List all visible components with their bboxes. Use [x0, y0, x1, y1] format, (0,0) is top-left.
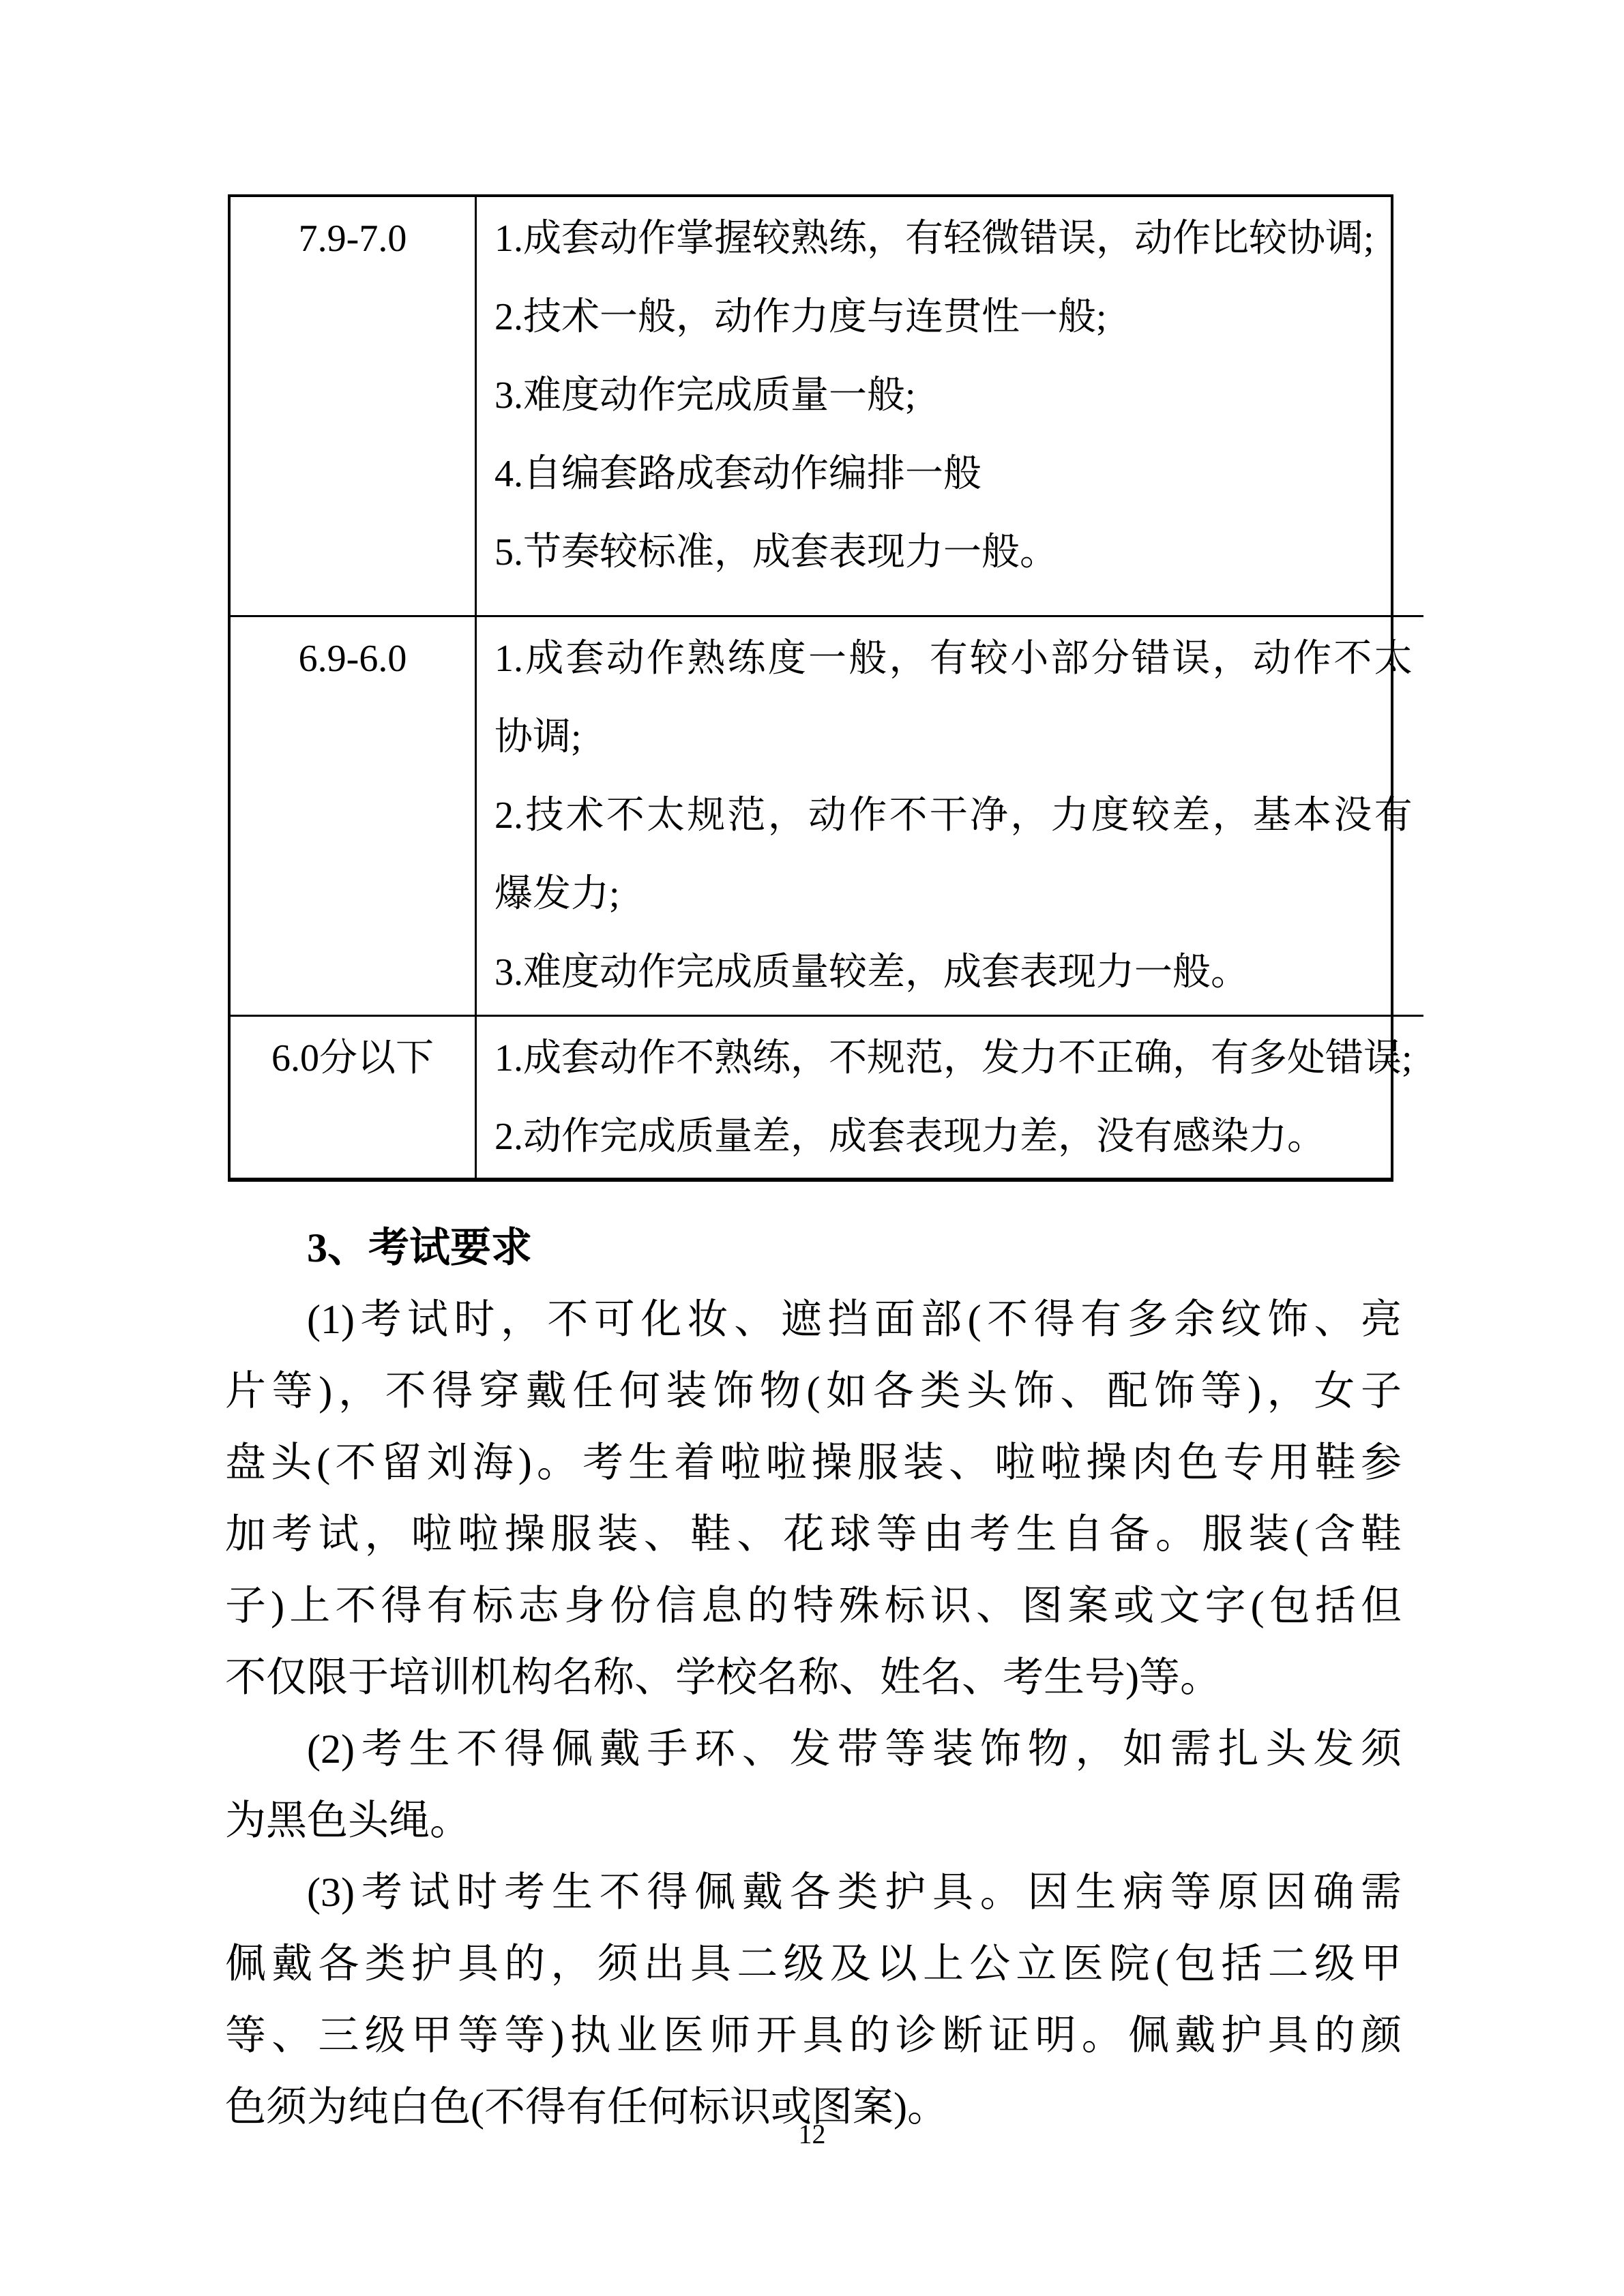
- body-line: 盘头(不留刘海)。考生着啦啦操服装、啦啦操肉色专用鞋参: [225, 1427, 1402, 1499]
- body-line: 不仅限于培训机构名称、学校名称、姓名、考生号)等。: [225, 1642, 1402, 1714]
- document-page: 7.9-7.0 1.成套动作掌握较熟练，有轻微错误，动作比较协调; 2.技术一般…: [0, 0, 1624, 2296]
- body-line: (3)考试时考生不得佩戴各类护具。因生病等原因确需: [225, 1857, 1402, 1928]
- criteria-cell: 1.成套动作熟练度一般，有较小部分错误，动作不太 协调; 2.技术不太规范，动作…: [477, 615, 1423, 1015]
- criteria-cell: 1.成套动作不熟练，不规范，发力不正确，有多处错误; 2.动作完成质量差，成套表…: [477, 1015, 1423, 1178]
- score-range: 6.0分以下: [231, 1019, 475, 1098]
- criteria-line: 1.成套动作不熟练，不规范，发力不正确，有多处错误;: [494, 1019, 1413, 1098]
- score-table: 7.9-7.0 1.成套动作掌握较熟练，有轻微错误，动作比较协调; 2.技术一般…: [228, 194, 1393, 1182]
- criteria-line: 2.技术不太规范，动作不干净，力度较差，基本没有: [494, 777, 1413, 855]
- criteria-line: 3.难度动作完成质量一般;: [494, 357, 1413, 435]
- body-line: (2)考生不得佩戴手环、发带等装饰物，如需扎头发须: [225, 1714, 1402, 1785]
- body-line: 等、三级甲等等)执业医师开具的诊断证明。佩戴护具的颜: [225, 2000, 1402, 2072]
- body-line: 片等)，不得穿戴任何装饰物(如各类头饰、配饰等)，女子: [225, 1356, 1402, 1427]
- criteria-line: 2.动作完成质量差，成套表现力差，没有感染力。: [494, 1098, 1413, 1176]
- criteria-line: 5.节奏较标准，成套表现力一般。: [494, 513, 1413, 592]
- criteria-line: 1.成套动作掌握较熟练，有轻微错误，动作比较协调;: [494, 200, 1413, 278]
- criteria-line: 3.难度动作完成质量较差，成套表现力一般。: [494, 934, 1413, 1012]
- score-range: 6.9-6.0: [231, 620, 475, 698]
- score-range: 7.9-7.0: [231, 200, 475, 278]
- criteria-line: 协调;: [494, 698, 1413, 777]
- page-number: 12: [0, 2117, 1624, 2151]
- body-line: (1)考试时，不可化妆、遮挡面部(不得有多余纹饰、亮: [225, 1284, 1402, 1356]
- criteria-line: 爆发力;: [494, 855, 1413, 934]
- section-heading: 3、考试要求: [225, 1212, 1402, 1284]
- score-range-cell: 6.9-6.0: [231, 615, 477, 1015]
- body-line: 子)上不得有标志身份信息的特殊标识、图案或文字(包括但: [225, 1570, 1402, 1642]
- criteria-line: 4.自编套路成套动作编排一般: [494, 435, 1413, 513]
- criteria-cell: 1.成套动作掌握较熟练，有轻微错误，动作比较协调; 2.技术一般，动作力度与连贯…: [477, 197, 1423, 615]
- score-range-cell: 7.9-7.0: [231, 197, 477, 615]
- criteria-line: 2.技术一般，动作力度与连贯性一般;: [494, 278, 1413, 357]
- exam-requirements-section: 3、考试要求 (1)考试时，不可化妆、遮挡面部(不得有多余纹饰、亮 片等)，不得…: [225, 1212, 1402, 2143]
- body-line: 加考试，啦啦操服装、鞋、花球等由考生自备。服装(含鞋: [225, 1499, 1402, 1570]
- criteria-line: 1.成套动作熟练度一般，有较小部分错误，动作不太: [494, 620, 1413, 698]
- body-line: 为黑色头绳。: [225, 1785, 1402, 1857]
- score-range-cell: 6.0分以下: [231, 1015, 477, 1178]
- body-line: 佩戴各类护具的，须出具二级及以上公立医院(包括二级甲: [225, 1928, 1402, 2000]
